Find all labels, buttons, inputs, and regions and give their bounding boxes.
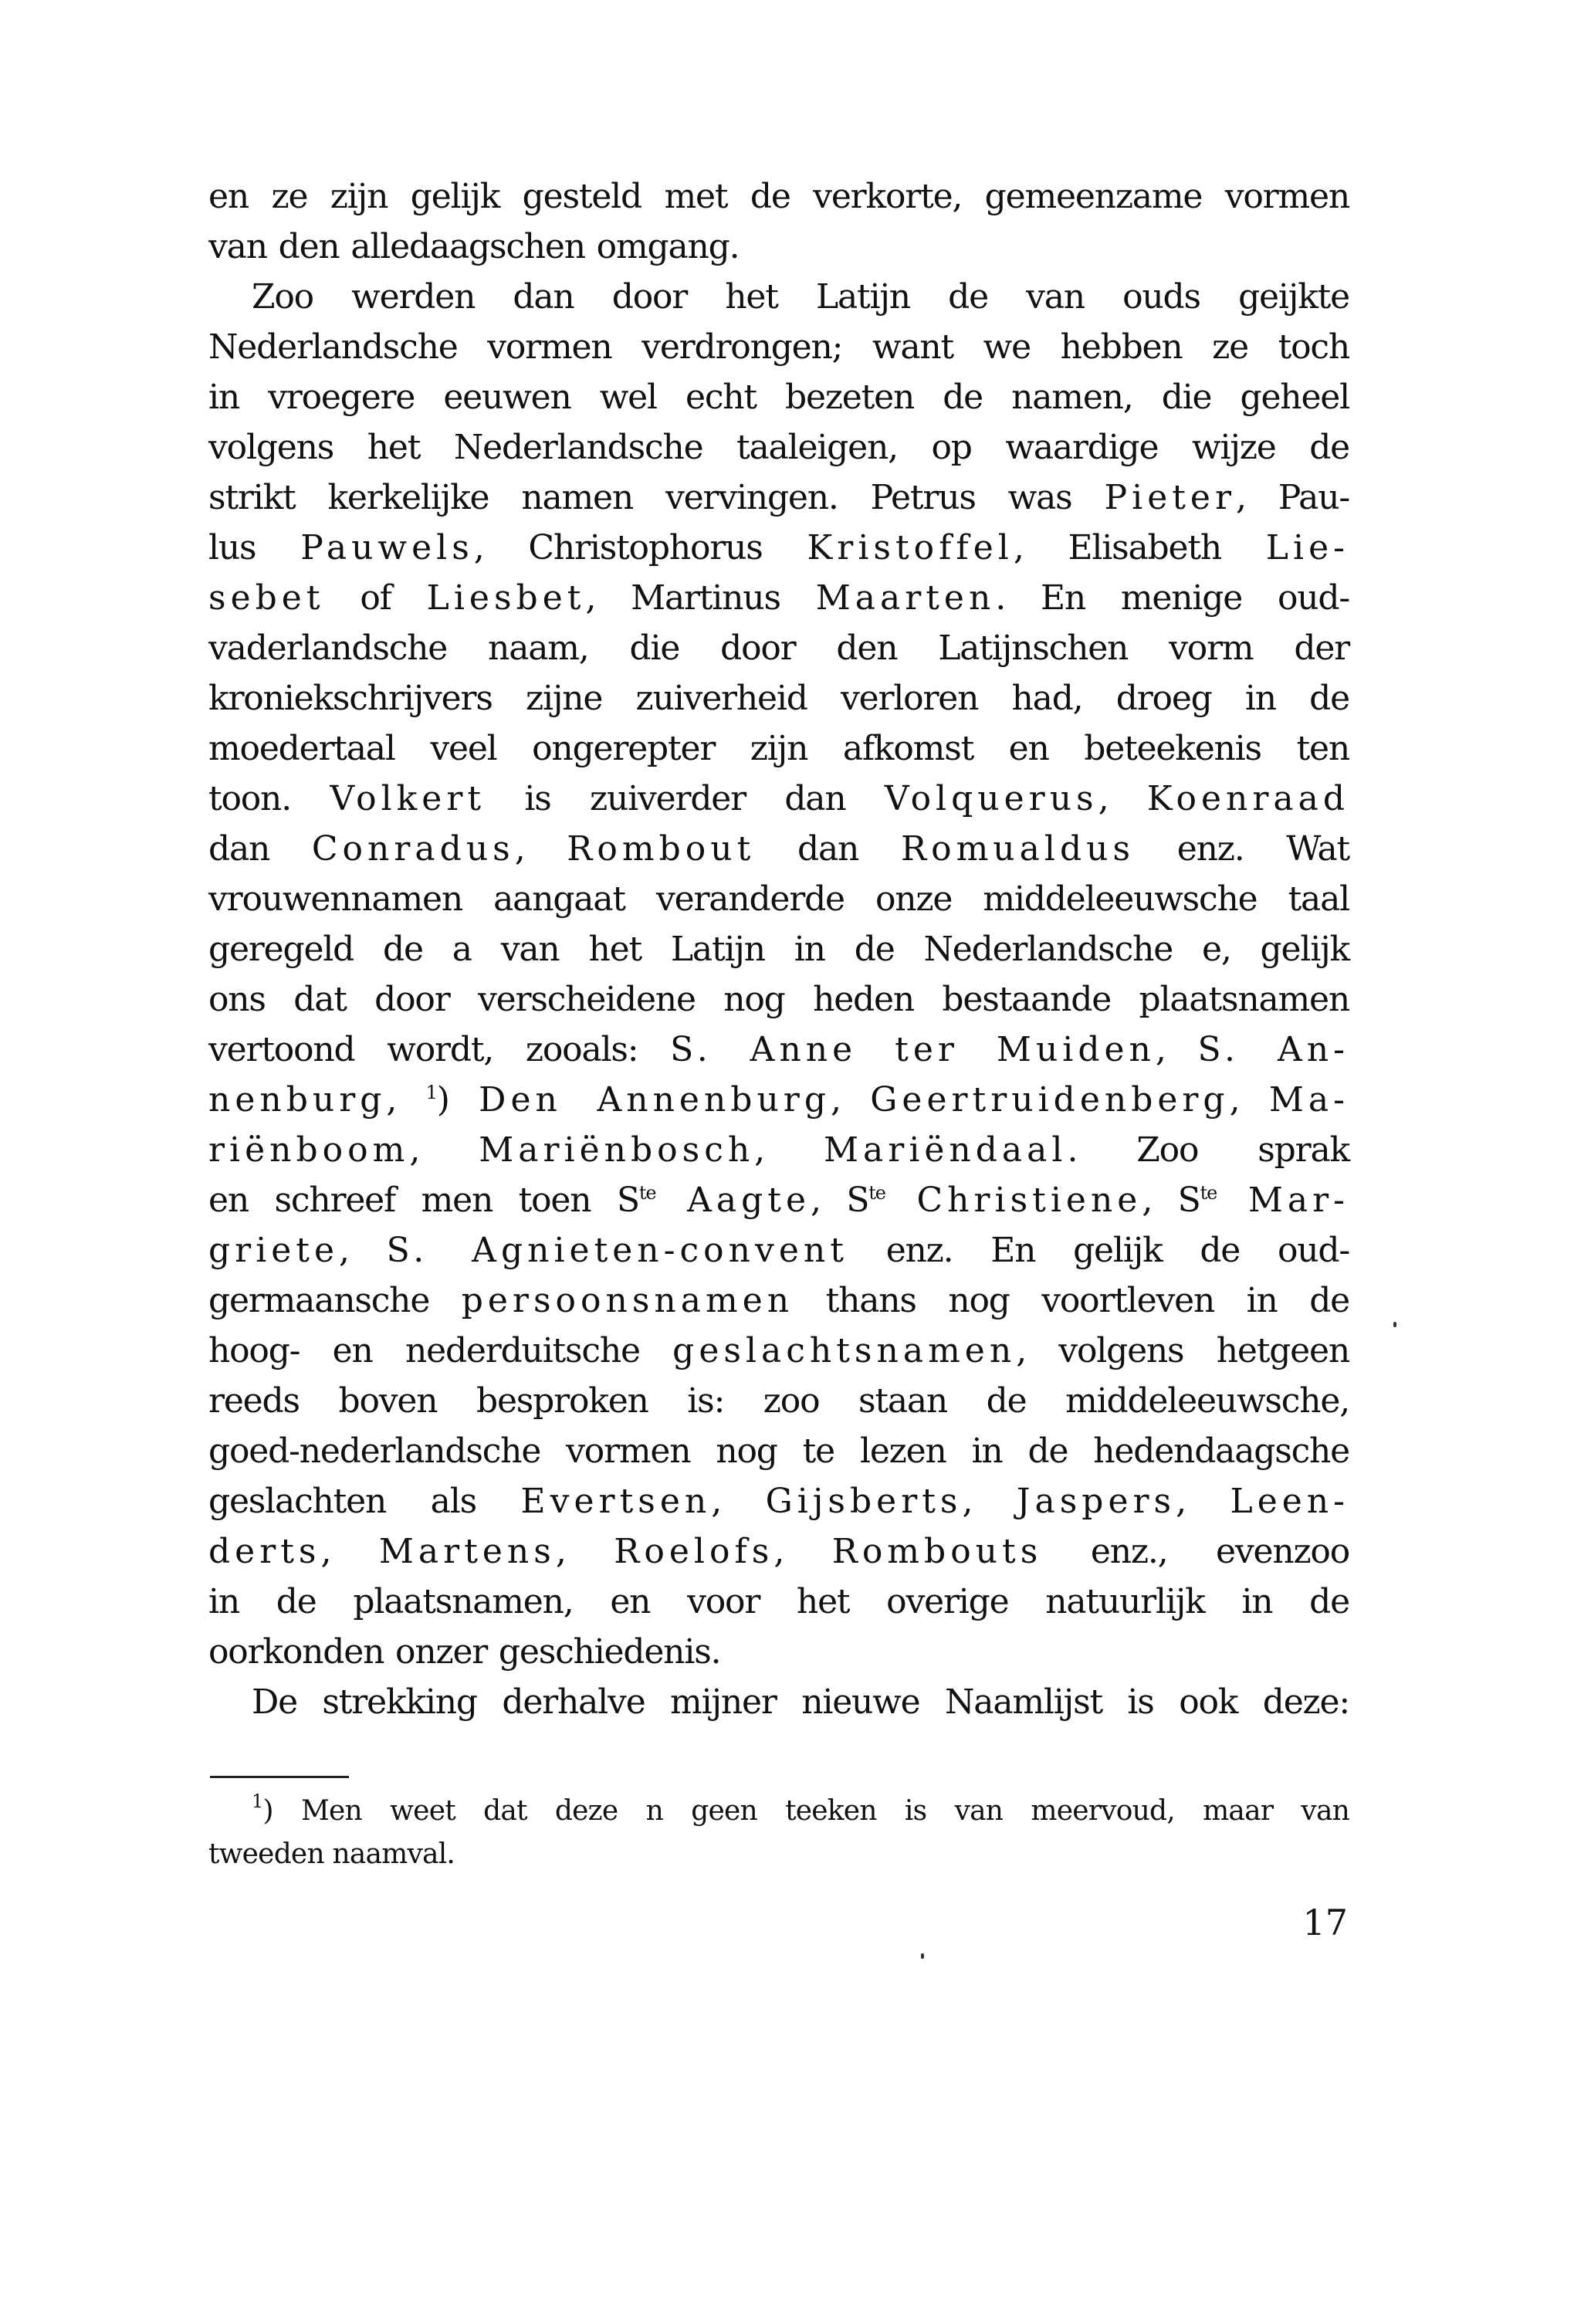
spaced-name: Maarten	[816, 578, 996, 618]
spaced-name: Martens	[379, 1532, 556, 1571]
spaced-name: Mar-	[1217, 1181, 1349, 1220]
spaced-name: Liesbet	[427, 578, 586, 618]
spaced-name: S. Anne ter Muiden	[670, 1030, 1156, 1069]
text-line-14: dan Conradus, Rombout dan Romualdus enz.…	[208, 824, 1349, 874]
spaced-word: persoonsnamen	[462, 1281, 794, 1320]
footnote-line-2: tweeden naamval.	[208, 1833, 1349, 1876]
text-line-30: oorkonden onzer geschiedenis.	[208, 1627, 1349, 1677]
text-line-24: hoog- en nederduitsche geslachtsnamen, v…	[208, 1326, 1349, 1376]
spaced-name: Jaspers	[1017, 1482, 1176, 1521]
body-text: en ze zijn gelijk gesteld met de verkort…	[208, 171, 1349, 1727]
text-line-22: griete, S. Agnieten-convent enz. En geli…	[208, 1225, 1349, 1275]
text-line-29: in de plaatsnamen, en voor het overige n…	[208, 1577, 1349, 1627]
spaced-name: Leen-	[1230, 1482, 1349, 1521]
spaced-name: griete	[208, 1231, 339, 1270]
spaced-name: S. Agnieten-convent	[387, 1231, 848, 1270]
spaced-name: Gijsberts	[766, 1482, 963, 1521]
text-line-9: sebet of Liesbet, Martinus Maarten. En m…	[208, 573, 1349, 623]
scan-speck	[921, 1953, 924, 1959]
spaced-name: Pauwels	[300, 528, 474, 567]
spaced-name: Roelofs	[614, 1532, 773, 1571]
spaced-name: derts	[208, 1532, 321, 1571]
text-line-23: germaansche persoonsnamen thans nog voor…	[208, 1275, 1349, 1326]
spaced-name: Kristoffel	[807, 528, 1013, 567]
text-line-5: in vroegere eeuwen wel echt bezeten de n…	[208, 372, 1349, 422]
spaced-name: Rombouts	[832, 1532, 1043, 1571]
spaced-name: riënboom	[208, 1130, 409, 1170]
text-line-3: Zoo werden dan door het Latijn de van ou…	[208, 272, 1349, 322]
spaced-word: geslachtsnamen	[672, 1331, 1016, 1370]
text-line-1: en ze zijn gelijk gesteld met de verkort…	[208, 171, 1349, 222]
text-line-20: riënboom, Mariënbosch, Mariëndaal. Zoo s…	[208, 1125, 1349, 1175]
spaced-name: Den Annenburg	[479, 1080, 831, 1120]
spaced-name: Geertruidenberg	[870, 1080, 1229, 1120]
spaced-name: Romualdus	[901, 829, 1135, 869]
spaced-name: Mariënbosch	[479, 1130, 754, 1170]
spaced-name: Pieter	[1105, 478, 1236, 517]
text-line-16: geregeld de a van het Latijn in de Neder…	[208, 924, 1349, 974]
footnote-divider	[210, 1776, 349, 1778]
text-line-7: strikt kerkelijke namen vervingen. Petru…	[208, 473, 1349, 523]
text-line-8: lus Pauwels, Christophorus Kristoffel, E…	[208, 523, 1349, 573]
text-line-12: moedertaal veel ongerepter zijn afkomst …	[208, 723, 1349, 774]
spaced-name: Koenraad	[1147, 779, 1349, 818]
spaced-name: Volkert	[330, 779, 486, 818]
spaced-name: sebet	[208, 578, 325, 618]
spaced-name: Evertsen	[521, 1482, 712, 1521]
text-line-2: van den alledaagschen omgang.	[208, 222, 1349, 272]
text-line-31: De strekking derhalve mijner nieuwe Naam…	[208, 1677, 1349, 1727]
text-line-26: goed-nederlandsche vormen nog te lezen i…	[208, 1426, 1349, 1476]
text-line-11: kroniekschrijvers zijne zuiverheid verlo…	[208, 673, 1349, 723]
spaced-name: Conradus	[312, 829, 515, 869]
text-line-18: vertoond wordt, zooals: S. Anne ter Muid…	[208, 1025, 1349, 1075]
text-line-28: derts, Martens, Roelofs, Rombouts enz., …	[208, 1526, 1349, 1577]
spaced-name: Aagte	[655, 1181, 811, 1220]
spaced-name: Mariëndaal	[824, 1130, 1067, 1170]
book-page: en ze zijn gelijk gesteld met de verkort…	[0, 0, 1574, 2324]
text-line-25: reeds boven besproken is: zoo staan de m…	[208, 1376, 1349, 1426]
text-line-10: vaderlandsche naam, die door den Latijns…	[208, 623, 1349, 673]
page-number: 17	[1266, 1899, 1348, 1946]
scan-speck	[1393, 1322, 1396, 1327]
spaced-name: nenburg	[208, 1080, 386, 1120]
spaced-name: Lie-	[1266, 528, 1349, 567]
footnote: 1) Men weet dat deze n geen teeken is va…	[208, 1790, 1349, 1876]
text-line-27: geslachten als Evertsen, Gijsberts, Jasp…	[208, 1476, 1349, 1526]
text-line-19: nenburg, 1) Den Annenburg, Geertruidenbe…	[208, 1075, 1349, 1125]
footnote-marker: 1	[252, 1790, 262, 1812]
spaced-name: Christiene	[885, 1181, 1142, 1220]
spaced-name: S. An-	[1197, 1030, 1349, 1069]
footnote-reference: 1	[426, 1082, 437, 1103]
text-line-17: ons dat door verscheidene nog heden best…	[208, 974, 1349, 1025]
text-line-15: vrouwennamen aangaat veranderde onze mid…	[208, 874, 1349, 924]
text-line-4: Nederlandsche vormen verdrongen; want we…	[208, 322, 1349, 372]
spaced-name: Volquerus	[885, 779, 1098, 818]
spaced-name: Rombout	[567, 829, 755, 869]
text-line-13: toon. Volkert is zuiverder dan Volquerus…	[208, 774, 1349, 824]
text-line-6: volgens het Nederlandsche taaleigen, op …	[208, 422, 1349, 473]
footnote-line-1: 1) Men weet dat deze n geen teeken is va…	[208, 1790, 1349, 1833]
text-line-21: en schreef men toen Ste Aagte, Ste Chris…	[208, 1175, 1349, 1225]
spaced-name: Ma-	[1269, 1080, 1349, 1120]
